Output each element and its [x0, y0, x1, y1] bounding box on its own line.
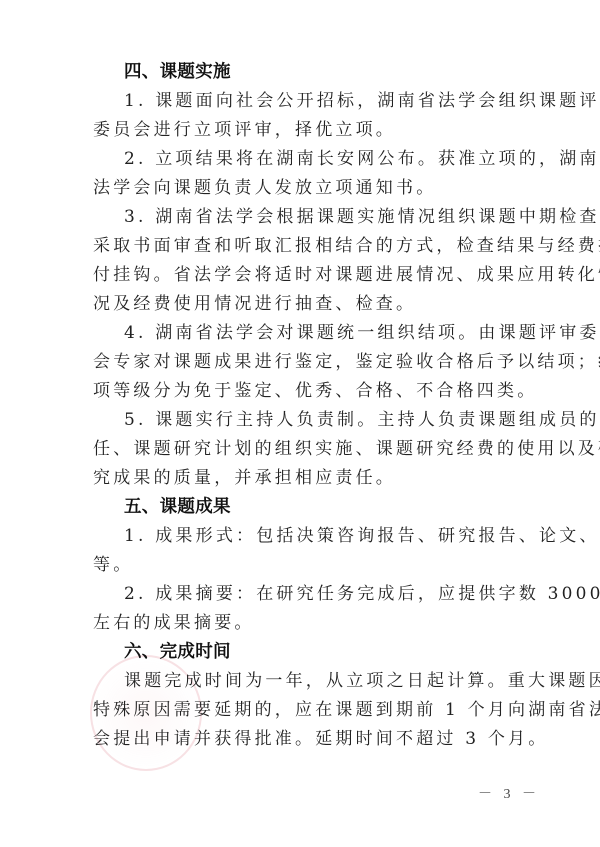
text-line: 4. 湖南省法学会对课题统一组织结项。由课题评审委员: [93, 319, 513, 348]
text-line: 5. 课题实行主持人负责制。主持人负责课题组成员的聘: [93, 406, 513, 435]
paragraph-6-1: 课题完成时间为一年，从立项之日起计算。重大课题因 特殊原因需要延期的，应在课题到…: [93, 667, 513, 754]
paragraph-5-2: 2. 成果摘要：在研究任务完成后，应提供字数 3000 字 左右的成果摘要。: [93, 580, 513, 638]
document-body: 四、课题实施 1. 课题面向社会公开招标，湖南省法学会组织课题评审 委员会进行立…: [93, 58, 513, 754]
text-line: 3. 湖南省法学会根据课题实施情况组织课题中期检查，: [93, 203, 513, 232]
paragraph-4-1: 1. 课题面向社会公开招标，湖南省法学会组织课题评审 委员会进行立项评审，择优立…: [93, 87, 513, 145]
text-line: 任、课题研究计划的组织实施、课题研究经费的使用以及研: [93, 435, 513, 464]
paragraph-4-5: 5. 课题实行主持人负责制。主持人负责课题组成员的聘 任、课题研究计划的组织实施…: [93, 406, 513, 493]
paragraph-4-3: 3. 湖南省法学会根据课题实施情况组织课题中期检查， 采取书面审查和听取汇报相结…: [93, 203, 513, 319]
text-line: 左右的成果摘要。: [93, 609, 513, 638]
text-line: 付挂钩。省法学会将适时对课题进展情况、成果应用转化情: [93, 261, 513, 290]
text-line: 1. 成果形式：包括决策咨询报告、研究报告、论文、专著: [93, 522, 513, 551]
text-line: 委员会进行立项评审，择优立项。: [93, 116, 513, 145]
text-line: 1. 课题面向社会公开招标，湖南省法学会组织课题评审: [93, 87, 513, 116]
section-heading-implementation: 四、课题实施: [93, 58, 513, 87]
text-line: 等。: [93, 551, 513, 580]
text-line: 会专家对课题成果进行鉴定，鉴定验收合格后予以结项；结: [93, 348, 513, 377]
paragraph-4-4: 4. 湖南省法学会对课题统一组织结项。由课题评审委员 会专家对课题成果进行鉴定，…: [93, 319, 513, 406]
section-heading-results: 五、课题成果: [93, 493, 513, 522]
text-line: 特殊原因需要延期的，应在课题到期前 1 个月向湖南省法学: [93, 696, 513, 725]
text-line: 采取书面审查和听取汇报相结合的方式，检查结果与经费拨: [93, 232, 513, 261]
text-line: 会提出申请并获得批准。延期时间不超过 3 个月。: [93, 725, 513, 754]
paragraph-5-1: 1. 成果形式：包括决策咨询报告、研究报告、论文、专著 等。: [93, 522, 513, 580]
document-page: 四、课题实施 1. 课题面向社会公开招标，湖南省法学会组织课题评审 委员会进行立…: [0, 0, 600, 847]
text-line: 课题完成时间为一年，从立项之日起计算。重大课题因: [93, 667, 513, 696]
text-line: 究成果的质量，并承担相应责任。: [93, 464, 513, 493]
page-number: － 3 －: [478, 783, 540, 803]
paragraph-4-2: 2. 立项结果将在湖南长安网公布。获准立项的，湖南省 法学会向课题负责人发放立项…: [93, 145, 513, 203]
text-line: 况及经费使用情况进行抽查、检查。: [93, 290, 513, 319]
section-heading-completion-time: 六、完成时间: [93, 638, 513, 667]
text-line: 法学会向课题负责人发放立项通知书。: [93, 174, 513, 203]
text-line: 2. 立项结果将在湖南长安网公布。获准立项的，湖南省: [93, 145, 513, 174]
text-line: 项等级分为免于鉴定、优秀、合格、不合格四类。: [93, 377, 513, 406]
text-line: 2. 成果摘要：在研究任务完成后，应提供字数 3000 字: [93, 580, 513, 609]
